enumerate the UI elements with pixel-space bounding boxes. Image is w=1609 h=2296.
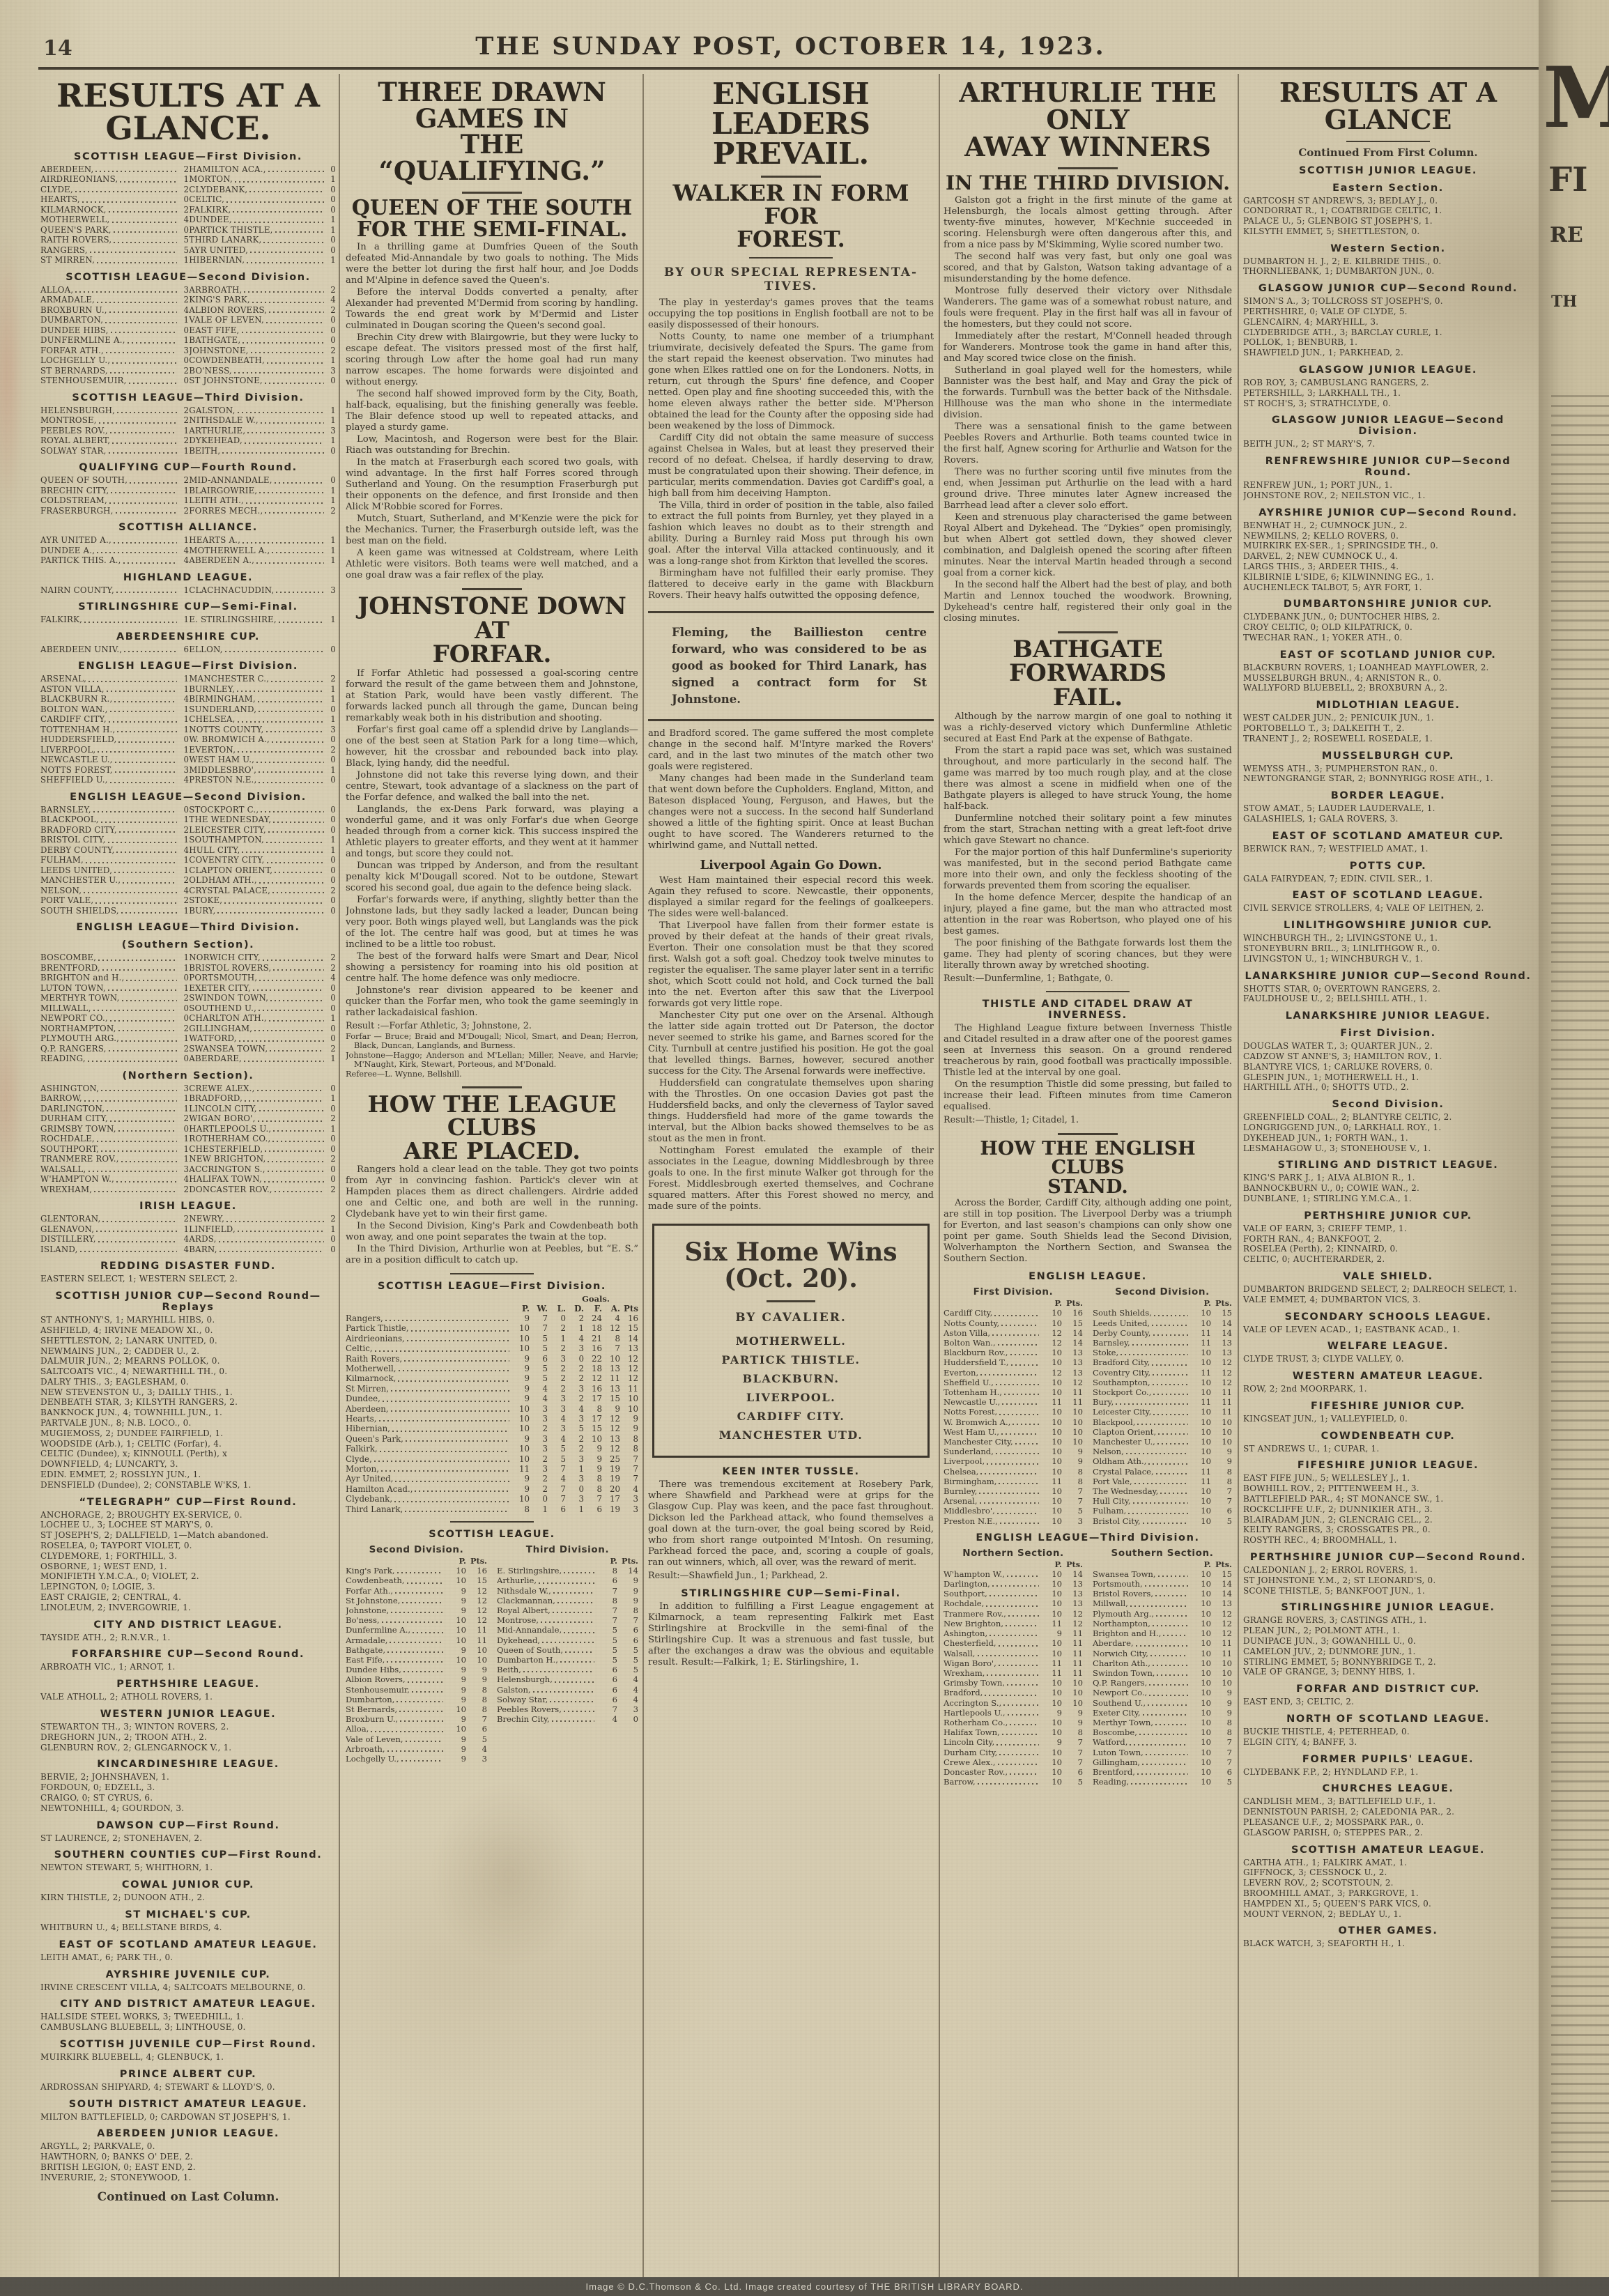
section-header: GLASGOW JUNIOR LEAGUE. (1243, 364, 1533, 376)
dot-leader (1008, 1714, 1039, 1716)
score-away: 0 (326, 185, 336, 195)
team-away: NOTTS COUNTY, (189, 725, 263, 735)
match-row: ROCHDALE,1ROTHERHAM CO.,0 (40, 1134, 336, 1144)
dot-leader (1137, 1424, 1188, 1425)
section-header-wrap: PRINCE ALBERT CUP. (40, 2069, 336, 2080)
section-header: KEEN INTER TUSSLE. (648, 1466, 934, 1477)
played: 6 (596, 1695, 617, 1704)
club-name: Hull City, (1093, 1496, 1190, 1506)
match-home: QUEEN OF SOUTH, (40, 475, 179, 486)
match-home: NOTTS FOREST, (40, 765, 179, 776)
section-header: EAST OF SCOTLAND AMATEUR CUP. (1243, 831, 1533, 842)
score-home: 1 (179, 725, 189, 735)
result-line: IRVINE CRESCENT VILLA, 4; SALTCOATS MELB… (40, 1982, 336, 1993)
table-row: Notts County,1015 (944, 1318, 1083, 1328)
dot-leader (1145, 1585, 1188, 1587)
section-header: Western Section. (1243, 243, 1533, 254)
played: 10 (1190, 1668, 1211, 1678)
headline-line: RESULTS AT A GLANCE (1243, 79, 1533, 134)
score-away: 1 (326, 1124, 336, 1134)
team-home: NORTHAMPTON, (40, 1024, 116, 1034)
score-away: 1 (326, 1093, 336, 1104)
match-home: MONTROSE, (40, 415, 179, 426)
club-name: Middlesbro', (944, 1506, 1041, 1516)
table-row: King's Park,1016 (346, 1566, 487, 1575)
dot-leader (391, 1612, 443, 1613)
match-home: WREXHAM, (40, 1185, 179, 1195)
score-home: 1 (179, 815, 189, 825)
played: 9 (445, 1596, 466, 1605)
score-home: 2 (179, 825, 189, 835)
score-home: 1 (179, 1093, 189, 1104)
club-name: Armadale, (346, 1635, 445, 1645)
club-name: Aston Villa, (944, 1328, 1041, 1338)
result-line: SALTCOATS VIC., 4; NEWARTHILL TH., 0. (40, 1366, 336, 1377)
section-header: SCOTTISH LEAGUE—Second Division. (40, 272, 336, 283)
section-header: RENFREWSHIRE JUNIOR CUP—Second Round. (1243, 456, 1533, 478)
played: 10 (1190, 1698, 1211, 1708)
match-home: ST BERNARDS, (40, 366, 179, 376)
score-home: 1 (179, 174, 189, 185)
club-name: Port Vale, (1093, 1477, 1190, 1486)
dot-leader (256, 762, 324, 763)
section-header-wrap: THISTLE AND CITADEL DRAW AT INVERNESS. (944, 999, 1232, 1021)
played: 10 (1041, 1496, 1062, 1506)
result-line: NEWTONGRANGE STAR, 2; BONNYRIGG ROSE ATH… (1243, 773, 1533, 784)
column-arthurlie: ARTHURLIE THE ONLYAWAY WINNERSIN THE THI… (944, 77, 1232, 2277)
match-home: NEWPORT CO., (40, 1013, 179, 1024)
headline-line: FORFAR. (346, 642, 638, 667)
match-away: AYR UNITED, (189, 245, 326, 256)
dot-leader (1003, 1704, 1039, 1706)
result-lines: CARTHA ATH., 1; FALKIRK AMAT., 1.GIFFNOC… (1243, 1858, 1533, 1920)
team-home: BRENTFORD, (40, 963, 100, 973)
table-row: Doncaster Rov.,106 (944, 1767, 1083, 1777)
club-name: Brechin City, (497, 1714, 596, 1724)
section-header: SCOTTISH JUNIOR LEAGUE. (1243, 165, 1533, 176)
section-header-wrap: ABERDEENSHIRE CUP. (40, 631, 336, 642)
league-table: Northern Section.P.Pts.W'hampton W.,1014… (944, 1546, 1083, 1787)
table-row: Southampton,1012 (1093, 1378, 1232, 1387)
match-away: CHELSEA, (189, 714, 326, 725)
played: 10 (1190, 1737, 1211, 1747)
result-line: BRITISH LEGION, 0; EAST END, 2. (40, 2162, 336, 2173)
points: 10 (1211, 1678, 1232, 1688)
score-away: 1 (326, 495, 336, 506)
dot-leader (265, 1150, 324, 1152)
team-away: NEWRY, (189, 1214, 224, 1224)
points: 10 (1211, 1427, 1232, 1437)
match-away: ELLON, (189, 645, 326, 655)
dot-leader (406, 1440, 509, 1442)
match-home: ST MIRREN, (40, 255, 179, 265)
ink-smudge (0, 996, 24, 1205)
table-row: Albion Rovers,99 (346, 1674, 487, 1684)
col-played: P. (596, 1556, 617, 1566)
club-name: Burnley, (944, 1486, 1041, 1496)
match-away: HALIFAX TOWN, (189, 1174, 326, 1185)
col-P: P. (511, 1304, 530, 1313)
score-home: 1 (179, 426, 189, 436)
article-paragraph: There was a sensational finish to the ga… (944, 422, 1232, 466)
match-home: BARNSLEY, (40, 805, 179, 815)
club-name: Grimsby Town, (944, 1678, 1041, 1688)
played: 10 (445, 1615, 466, 1625)
team-home: TRANMERE ROV., (40, 1154, 119, 1164)
dot-leader (84, 622, 177, 623)
result-line: WOODSIDE (Arb.), 1; CELTIC (Forfar), 4. (40, 1439, 336, 1449)
dot-leader (247, 262, 324, 263)
dot-leader (1158, 1575, 1188, 1577)
points: 6 (617, 1635, 638, 1645)
match-away: KING'S PARK, (189, 295, 326, 305)
dot-leader (397, 1701, 443, 1702)
score-away: 0 (326, 446, 336, 456)
match-row: BLACKPOOL,1THE WEDNESDAY,0 (40, 815, 336, 825)
points: 7 (1062, 1748, 1083, 1757)
section-header-wrap: REDDING DISASTER FUND. (40, 1261, 336, 1272)
team-away: BLAIRGOWRIE, (189, 486, 257, 496)
table-row: Hamilton Acad.,92708204 (346, 1484, 638, 1494)
section-header: SCOTTISH JUNIOR CUP—Second Round—Replays (40, 1290, 336, 1313)
section-header-wrap: SOUTH DISTRICT AMATEUR LEAGUE. (40, 2099, 336, 2110)
points: 10 (1062, 1688, 1083, 1697)
dot-leader (97, 262, 177, 263)
table-row: Rotherham Co.,109 (944, 1718, 1083, 1727)
table-header: P.Pts. (944, 1559, 1083, 1569)
dot-leader (250, 252, 324, 253)
table-row: Sheffield U.,1012 (944, 1378, 1083, 1387)
table-row: Derby County,1114 (1093, 1328, 1232, 1338)
team-home: FRASERBURGH, (40, 506, 114, 516)
played: 7 (596, 1704, 617, 1714)
score-away: 0 (326, 704, 336, 715)
score-away: 3 (326, 725, 336, 735)
table-row: E. Stirlingshire,814 (497, 1566, 638, 1575)
match-row: BARROW,1BRADFORD,1 (40, 1093, 336, 1104)
headline: HOW THE LEAGUE CLUBSARE PLACED. (346, 1093, 638, 1163)
club-name: Reading, (1093, 1777, 1190, 1787)
section-header: STIRLINGSHIRE JUNIOR LEAGUE. (1243, 1602, 1533, 1613)
club-name: Southend U., (1093, 1698, 1190, 1708)
match-home: HUDDERSFIELD, (40, 734, 179, 745)
article-paragraph: In the Second Division, King's Park and … (346, 1221, 638, 1243)
table-row: Airdrieonians,1051421814 (346, 1334, 638, 1343)
club-name: Northampton, (1093, 1619, 1190, 1628)
club-name: Helensburgh, (497, 1674, 596, 1684)
points: 10 (1211, 1658, 1232, 1668)
score-home: 1 (179, 1154, 189, 1164)
result-lines: IRVINE CRESCENT VILLA, 4; SALTCOATS MELB… (40, 1982, 336, 1993)
club-name: Tranmere Rov., (944, 1609, 1041, 1619)
divider (761, 176, 821, 178)
points: 12 (1211, 1609, 1232, 1619)
dot-leader (84, 1100, 177, 1102)
dot-leader (253, 989, 324, 991)
section-header: COWDENBEATH CUP. (1243, 1431, 1533, 1442)
section-header-wrap: STIRLINGSHIRE CUP—Semi-Final. (648, 1588, 934, 1599)
table-row: Ayr United,92438197 (346, 1474, 638, 1484)
result-line: CAMELON JUV., 2; DUNMORE JUN., 1. (1243, 1647, 1533, 1657)
club-name: Aberdeen, (346, 1404, 511, 1414)
score-away: 1 (326, 535, 336, 546)
played: 10 (1190, 1378, 1211, 1387)
score-away: 0 (326, 1084, 336, 1094)
match-row: ROYAL ALBERT,2DYKEHEAD,1 (40, 436, 336, 446)
section-header-wrap: COWAL JUNIOR CUP. (40, 1879, 336, 1890)
result-line: LEITH AMAT., 6; PARK TH., 0. (40, 1952, 336, 1963)
score-away: 4 (326, 295, 336, 305)
match-row: GLENAVON,1LINFIELD,1 (40, 1224, 336, 1235)
points: 14 (1211, 1579, 1232, 1589)
score-home: 6 (179, 645, 189, 655)
result-line: CRAIGO, 0; ST CYRUS, 6. (40, 1793, 336, 1803)
section-header-wrap: QUALIFYING CUP—Fourth Round. (40, 462, 336, 473)
dot-leader (267, 362, 324, 364)
article-paragraph: Birmingham have not fulfilled their earl… (648, 568, 934, 601)
match-away: VALE OF LEVEN, (189, 315, 326, 325)
table-row: Forfar Ath.,912 (346, 1586, 487, 1596)
match-away: EAST FIFE, (189, 325, 326, 336)
points: 11 (466, 1625, 487, 1635)
result-line: NEWTON STEWART, 5; WHITHORN, 1. (40, 1863, 336, 1873)
table-row: East Fife,1010 (346, 1655, 487, 1665)
match-row: DUNDEE HIBS,0EAST FIFE,0 (40, 325, 336, 336)
table-row: Lochgelly U.,93 (346, 1754, 487, 1764)
table-header: P.Pts. (1093, 1559, 1232, 1569)
table-row: Merthyr Town,108 (1093, 1718, 1232, 1727)
match-away: BLAIRGOWRIE, (189, 486, 326, 496)
dot-leader (1153, 1334, 1189, 1336)
table-row: Stockport Co.,1011 (1093, 1387, 1232, 1397)
points: 15 (1211, 1569, 1232, 1579)
points: 13 (1062, 1598, 1083, 1608)
table-row: Dundee Hibs,99 (346, 1665, 487, 1674)
score-away: 1 (326, 436, 336, 446)
team-home: FULHAM, (40, 855, 84, 865)
points: 12 (1062, 1619, 1083, 1628)
club-name: Southampton, (1093, 1378, 1190, 1387)
result-line: BROOMHILL AMAT., 3; PARKGROVE, 1. (1243, 1888, 1533, 1899)
table-row: Chesterfield,1011 (944, 1638, 1083, 1648)
club-name: Blackburn Rov., (944, 1348, 1041, 1357)
score-away: 0 (326, 895, 336, 906)
played: 10 (1190, 1708, 1211, 1718)
section-header: PERTHSHIRE LEAGUE. (40, 1679, 336, 1690)
team-away: HEARTS A., (189, 535, 240, 546)
points: 10 (1211, 1668, 1232, 1678)
result-lines: DUMBARTON H. J., 2; E. KILBRIDE THIS., 0… (1243, 256, 1533, 277)
col-played: P. (1041, 1559, 1062, 1569)
points: 8 (1211, 1467, 1232, 1477)
section-header-wrap: OTHER GAMES. (1243, 1925, 1533, 1936)
score-away: 1 (326, 1224, 336, 1235)
club-name: Partick Thistle, (346, 1323, 511, 1333)
dot-leader (385, 1320, 509, 1321)
headline: BATHGATE FORWARDSFAIL. (944, 638, 1232, 710)
dot-leader (1007, 1575, 1039, 1577)
dot-leader (242, 332, 325, 333)
match-row: HUDDERSFIELD,0W. BROMWICH A.,0 (40, 734, 336, 745)
score-away: 2 (326, 886, 336, 896)
points: 8 (1062, 1727, 1083, 1737)
section-header: DAWSON CUP—First Round. (40, 1820, 336, 1831)
match-away: MANCHESTER C., (189, 674, 326, 684)
dot-leader (115, 762, 178, 763)
team-away: ALBION ROVERS, (189, 305, 267, 316)
team-home: ARMADALE, (40, 295, 95, 305)
result-line: EDIN. EMMET, 2; ROSSLYN JUN., 1. (40, 1470, 336, 1480)
result-line: BENWHAT H., 2; CUMNOCK JUN., 2. (1243, 521, 1533, 531)
club-name: Liverpool, (944, 1456, 1041, 1466)
match-away: THE WEDNESDAY, (189, 815, 326, 825)
twin-tables: Second Division.P.Pts.King's Park,1016Co… (346, 1542, 638, 1764)
match-away: CHESTERFIELD, (189, 1144, 326, 1155)
match-home: MERTHYR TOWN, (40, 993, 179, 1003)
dot-leader (94, 1191, 177, 1192)
points: 13 (1062, 1579, 1083, 1589)
article-paragraph: Forfar's first goal came off a splendid … (346, 725, 638, 769)
points: 6 (1211, 1767, 1232, 1777)
match-home: NORTHAMPTON, (40, 1024, 179, 1034)
score-home: 1 (179, 495, 189, 506)
dot-leader (555, 1681, 594, 1683)
match-row: DARLINGTON,1LINCOLN CITY,0 (40, 1104, 336, 1114)
match-row: FORFAR ATH.,3JOHNSTONE,2 (40, 346, 336, 356)
dot-leader (1148, 1463, 1188, 1465)
team-away: ROTHERHAM CO., (189, 1134, 270, 1144)
match-home: ASTON VILLA, (40, 684, 179, 695)
col-W: W. (530, 1304, 548, 1313)
team-away: MORTON, (189, 174, 233, 185)
score-home: 1 (179, 684, 189, 695)
match-home: BLACKPOOL, (40, 815, 179, 825)
match-row: MOTHERWELL,4DUNDEE,1 (40, 215, 336, 225)
result-line: PALACE U., 5; GLENBOIG ST JOSEPH'S, 1. (1243, 216, 1533, 226)
twin-tables: First Division.P.Pts.Cardiff City,1016No… (944, 1284, 1232, 1525)
played: 10 (1041, 1506, 1062, 1516)
played: 7 (596, 1605, 617, 1615)
dot-leader (397, 1572, 443, 1573)
section-header: POTTS CUP. (1243, 861, 1533, 872)
team-away: NEW BRIGHTON, (189, 1154, 265, 1164)
dot-leader (395, 1481, 509, 1482)
match-away: HIBERNIAN, (189, 255, 326, 265)
points: 12 (1062, 1609, 1083, 1619)
match-away: LINFIELD, (189, 1224, 326, 1235)
score-home: 2 (179, 185, 189, 195)
points: 10 (1062, 1698, 1083, 1708)
col-points: Pts. (1211, 1559, 1232, 1569)
result-line: FAULDHOUSE U., 2; BELLSHILL ATH., 1. (1243, 994, 1533, 1004)
club-name: Swansea Town, (1093, 1569, 1190, 1579)
points: 6 (466, 1724, 487, 1734)
section-header: FIFESHIRE JUNIOR LEAGUE. (1243, 1460, 1533, 1471)
match-away: EXETER CITY, (189, 983, 326, 994)
result-line: BEITH JUN., 2; ST MARY'S, 7. (1243, 439, 1533, 449)
result-line: PARTVALE JUN., 8; N.B. LOCO., 0. (40, 1418, 336, 1428)
dot-leader (242, 852, 324, 853)
predictions-title: Six Home Wins(Oct. 20). (664, 1240, 918, 1293)
team-away: MANCHESTER C., (189, 674, 269, 684)
section-header: EAST OF SCOTLAND JUNIOR CUP. (1243, 649, 1533, 661)
section-header: SCOTTISH JUVENILE CUP—First Round. (40, 2039, 336, 2050)
result-lines: EAST END, 3; CELTIC, 2. (1243, 1697, 1533, 1707)
masthead-title: THE SUNDAY POST, OCTOBER 14, 1923. (209, 32, 1372, 61)
points: 7 (1211, 1486, 1232, 1496)
section-header: FORMER PUPILS' LEAGUE. (1243, 1754, 1533, 1765)
match-away: HAMILTON ACA., (189, 164, 326, 175)
prediction-pick: MANCHESTER UTD. (664, 1426, 918, 1444)
dot-leader (264, 1181, 324, 1182)
played: 10 (1041, 1357, 1062, 1367)
club-name: Bury, (1093, 1397, 1190, 1407)
dot-leader (116, 592, 177, 593)
section-header: GLASGOW JUNIOR CUP—Second Round. (1243, 283, 1533, 294)
result-line: INVERURIE, 2; STONEYWOOD, 1. (40, 2173, 336, 2183)
section-header-wrap: MIDLOTHIAN LEAGUE. (1243, 700, 1533, 711)
score-away: 2 (326, 285, 336, 295)
table-row: Arsenal,107 (944, 1496, 1083, 1506)
match-home: HEARTS, (40, 194, 179, 205)
team-away: BATHGATE, (189, 335, 240, 346)
result-line: BUCKIE THISTLE, 4; PETERHEAD, 0. (1243, 1727, 1533, 1737)
section-header-wrap: PERTHSHIRE LEAGUE. (40, 1679, 336, 1690)
dot-leader (109, 452, 178, 454)
goals-label: Goals. (576, 1294, 616, 1304)
dot-leader (268, 171, 324, 172)
team-home: SOUTH SHIELDS, (40, 906, 119, 916)
dot-leader (1143, 1523, 1188, 1524)
team-home: DUMBARTON, (40, 315, 103, 325)
match-home: TOTTENHAM H., (40, 725, 179, 735)
played: 10 (1041, 1678, 1062, 1688)
col-points: Pts. (466, 1556, 487, 1566)
section-header: QUALIFYING CUP—Fourth Round. (40, 462, 336, 473)
team-away: THIRD LANARK, (189, 235, 261, 245)
score-away: 0 (326, 245, 336, 256)
section-header-wrap: FIFESHIRE JUNIOR LEAGUE. (1243, 1460, 1533, 1471)
match-row: ST MIRREN,1HIBERNIAN,1 (40, 255, 336, 265)
table-row: Armadale,1011 (346, 1635, 487, 1645)
club-name: Lochgelly U., (346, 1754, 445, 1764)
match-row: SOUTHPORT,1CHESTERFIELD,0 (40, 1144, 336, 1155)
section-header: Second Division. (1243, 1099, 1533, 1110)
club-name: Chesterfield, (944, 1638, 1041, 1648)
score-away: 2 (326, 674, 336, 684)
club-name: St Bernards, (346, 1704, 445, 1714)
points: 7 (1062, 1496, 1083, 1506)
team-home: DERBY COUNTY, (40, 845, 114, 856)
dot-leader (259, 882, 324, 884)
dot-leader (276, 592, 324, 593)
match-list: ABERDEEN,2HAMILTON ACA.,0AIRDRIEONIANS,1… (40, 164, 336, 265)
points: 14 (1062, 1338, 1083, 1348)
table-row: Brighton and H.,1012 (1093, 1628, 1232, 1638)
points: 9 (1211, 1456, 1232, 1466)
dot-leader (382, 1621, 443, 1623)
score-away: 1 (326, 555, 336, 566)
dot-leader (1150, 1655, 1188, 1656)
section-header: PERTHSHIRE JUNIOR CUP—Second Round. (1243, 1552, 1533, 1563)
score-away: 1 (326, 1054, 336, 1064)
dot-leader (978, 1783, 1039, 1785)
points: 10 (1062, 1417, 1083, 1427)
score-away: 0 (326, 164, 336, 175)
section-header-wrap: MUSSELBURGH CUP. (1243, 750, 1533, 762)
match-row: READING,0ABERDARE,1 (40, 1054, 336, 1064)
club-name: Bolton Wan., (944, 1338, 1041, 1348)
